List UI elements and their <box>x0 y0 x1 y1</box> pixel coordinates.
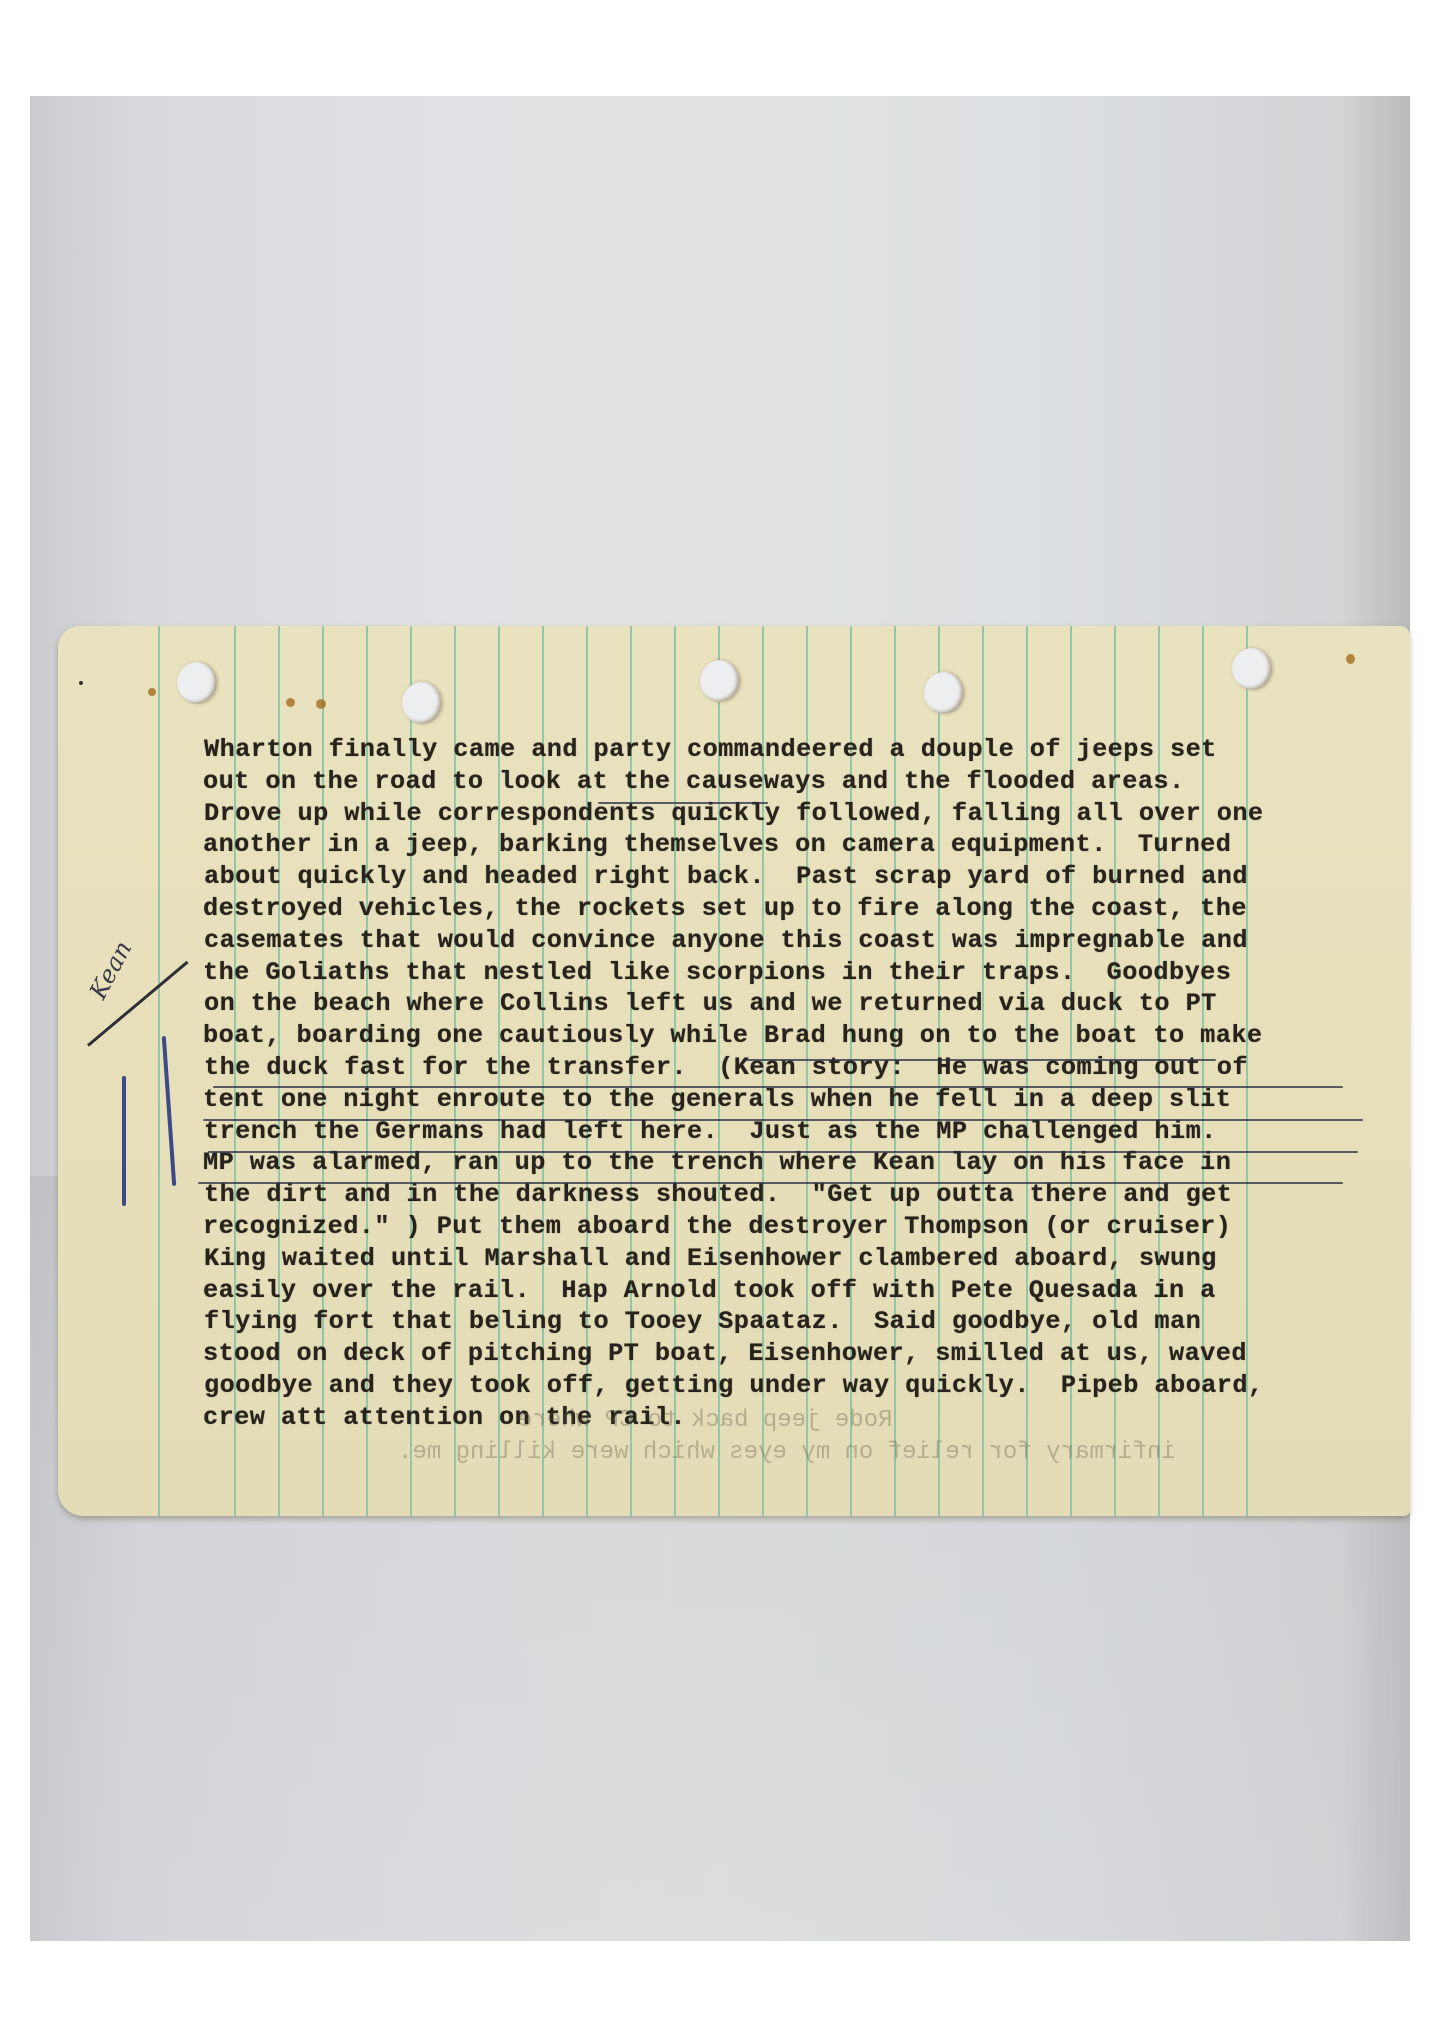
punch-hole <box>177 662 217 704</box>
stain-spot <box>148 688 156 696</box>
typed-line: on the beach where Collins left us and w… <box>204 988 1354 1020</box>
typed-line: flying fort that beling to Tooey Spaataz… <box>204 1306 1354 1338</box>
typed-line: casemates that would convince anyone thi… <box>204 925 1354 957</box>
typed-line: King waited until Marshall and Eisenhowe… <box>204 1243 1354 1275</box>
margin-bracket-line <box>122 1076 126 1206</box>
typed-line: out on the road to look at the causeways… <box>203 766 1353 798</box>
typed-line: the Goliaths that nestled like scorpions… <box>203 957 1353 989</box>
stain-spot <box>286 698 295 707</box>
typed-line: Drove up while correspondents quickly fo… <box>204 798 1354 830</box>
stain-spot <box>1346 654 1355 664</box>
index-card: Wharton finally came and party commandee… <box>58 626 1410 1516</box>
typed-text-block: Wharton finally came and party commandee… <box>203 734 1353 1434</box>
punch-hole <box>924 672 964 714</box>
pen-underline <box>213 1086 1343 1088</box>
punch-hole <box>1232 648 1272 690</box>
bleed-through-text: infirmary for relief on my eyes which we… <box>398 1439 1176 1466</box>
typed-line: stood on deck of pitching PT boat, Eisen… <box>203 1338 1353 1370</box>
pen-underline <box>598 802 768 804</box>
typed-line: about quickly and headed right back. Pas… <box>204 861 1354 893</box>
punch-hole <box>700 660 740 702</box>
pen-underline <box>746 1059 1216 1061</box>
pen-underline <box>198 1182 1343 1184</box>
typed-line: boat, boarding one cautiously while Brad… <box>203 1020 1353 1052</box>
bleed-through-text: Rode jeep back to CP where <box>518 1407 892 1434</box>
stain-spot <box>79 681 83 685</box>
typed-line: Wharton finally came and party commandee… <box>204 734 1354 766</box>
typed-line: recognized." ) Put them aboard the destr… <box>203 1211 1353 1243</box>
typed-line: goodbye and they took off, getting under… <box>204 1370 1354 1402</box>
typed-line: easily over the rail. Hap Arnold took of… <box>203 1275 1353 1307</box>
stain-spot <box>316 699 326 709</box>
pen-underline <box>208 1151 1358 1153</box>
pen-underline <box>203 1119 1363 1121</box>
punch-hole <box>402 682 442 724</box>
typed-line: another in a jeep, barking themselves on… <box>203 829 1353 861</box>
typed-line: destroyed vehicles, the rockets set up t… <box>203 893 1353 925</box>
typed-line: the duck fast for the transfer. (Kean st… <box>204 1052 1354 1084</box>
typed-line: tent one night enroute to the generals w… <box>203 1084 1353 1116</box>
